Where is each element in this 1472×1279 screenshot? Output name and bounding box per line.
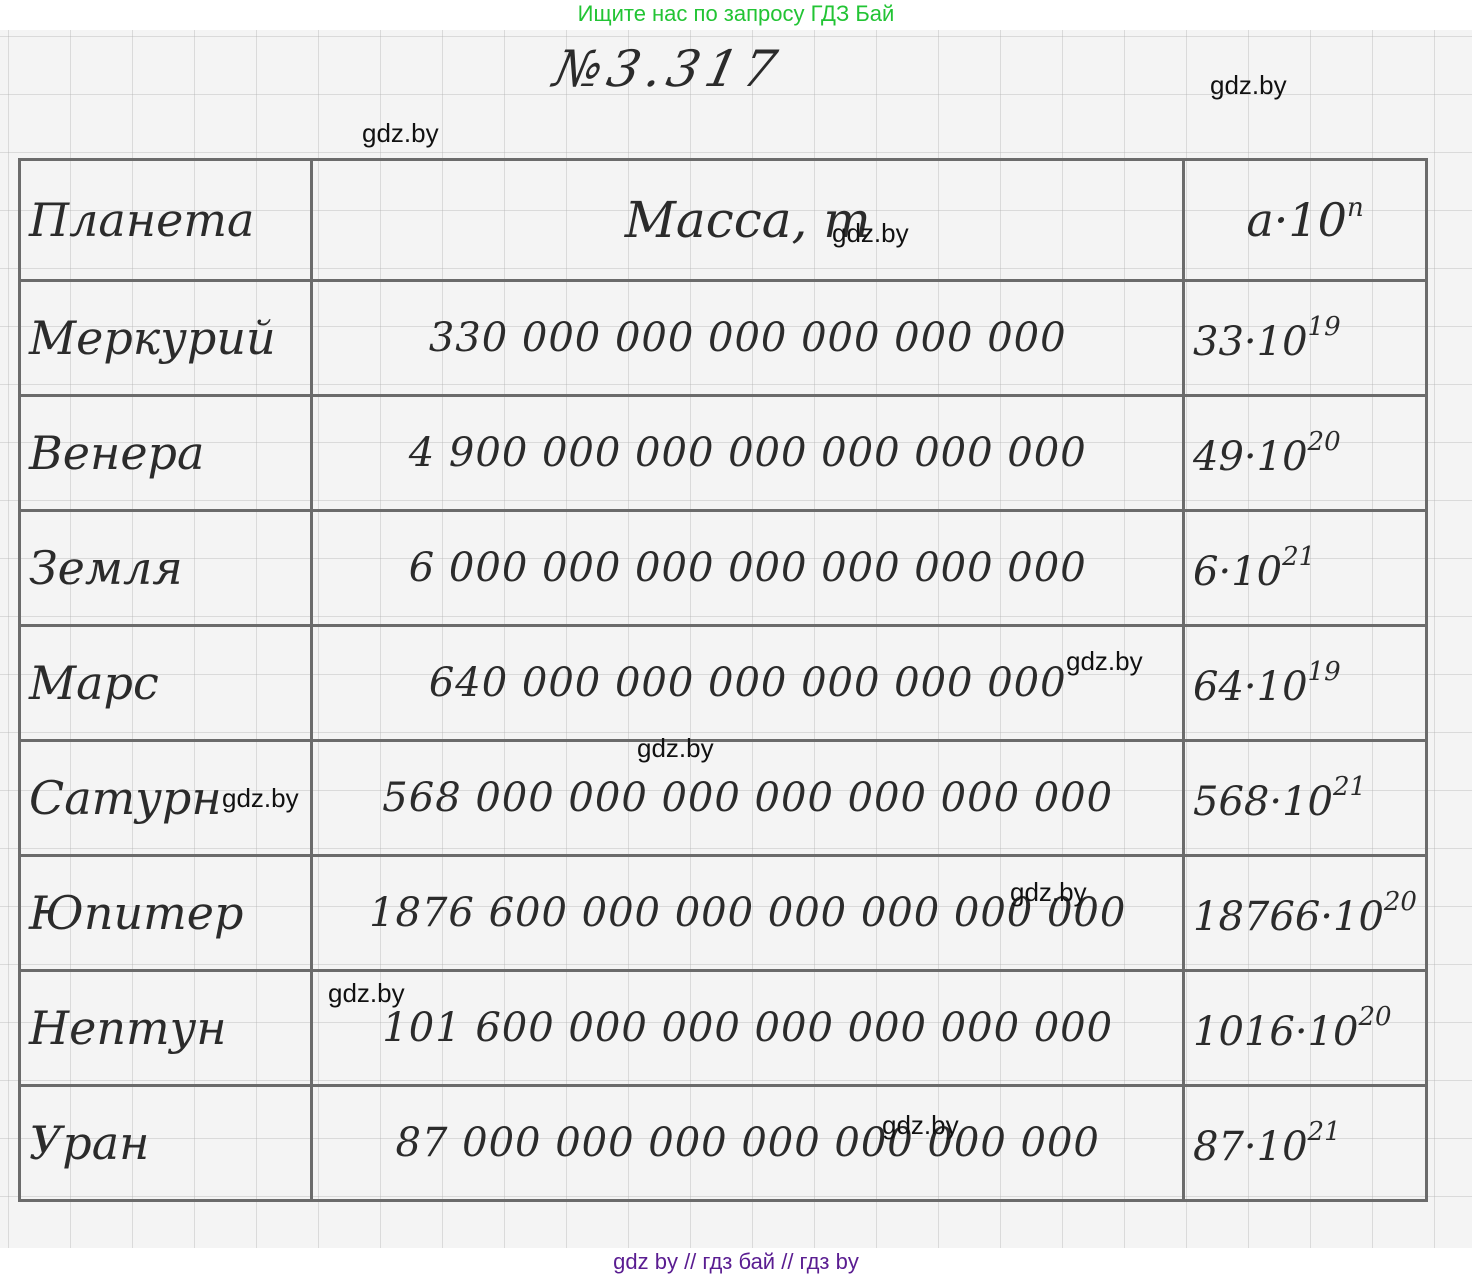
table-row: Земля 6 000 000 000 000 000 000 000 6·10… [20,511,1427,626]
sci-exponent: 19 [1308,657,1341,687]
watermark: gdz.by [832,218,909,249]
planet-mass-scientific: 87·1021 [1184,1086,1427,1201]
table-row: Уран 87 000 000 000 000 000 000 000 87·1… [20,1086,1427,1201]
watermark: gdz.by [328,978,405,1009]
watermark: gdz.by [362,118,439,149]
sci-coefficient: 18766·10 [1193,894,1384,940]
sci-coefficient: 33·10 [1193,319,1308,365]
header-sci-base: a·10 [1246,193,1347,247]
watermark: gdz.by [1010,877,1087,908]
table-row: Юпитер 1876 600 000 000 000 000 000 000 … [20,856,1427,971]
watermark: gdz.by [637,733,714,764]
sci-coefficient: 6·10 [1193,549,1282,595]
planet-name: Меркурий [20,281,312,396]
planet-mass-scientific: 64·1019 [1184,626,1427,741]
planet-mass: 640 000 000 000 000 000 000 [312,626,1184,741]
sci-coefficient: 568·10 [1193,779,1333,825]
planet-mass: 6 000 000 000 000 000 000 000 [312,511,1184,626]
planet-name: Марс [20,626,312,741]
planet-name: Венера [20,396,312,511]
table-row: Марс 640 000 000 000 000 000 000 64·1019 [20,626,1427,741]
sci-exponent: 20 [1384,887,1417,917]
header-mass: Масса, т [312,160,1184,281]
planet-mass: 568 000 000 000 000 000 000 000 [312,741,1184,856]
planet-name: Нептун [20,971,312,1086]
planet-mass: 330 000 000 000 000 000 000 [312,281,1184,396]
planet-mass: 87 000 000 000 000 000 000 000 [312,1086,1184,1201]
sci-coefficient: 87·10 [1193,1124,1308,1170]
planet-name: Юпитер [20,856,312,971]
planet-mass-scientific: 18766·1020 [1184,856,1427,971]
sci-exponent: 20 [1308,427,1341,457]
planet-mass-scientific: 1016·1020 [1184,971,1427,1086]
header-planet: Планета [20,160,312,281]
sci-coefficient: 1016·10 [1193,1009,1358,1055]
planet-mass-scientific: 49·1020 [1184,396,1427,511]
planet-mass-table: Планета Масса, т a·10n Меркурий 330 000 … [18,158,1428,1202]
sci-exponent: 21 [1333,772,1366,802]
sci-exponent: 19 [1308,312,1341,342]
planet-mass: 101 600 000 000 000 000 000 000 [312,971,1184,1086]
sci-coefficient: 49·10 [1193,434,1308,480]
planet-mass-scientific: 6·1021 [1184,511,1427,626]
planet-mass: 1876 600 000 000 000 000 000 000 [312,856,1184,971]
search-hint-banner: Ищите нас по запросу ГДЗ Бай [0,0,1472,30]
table-row: Нептун 101 600 000 000 000 000 000 000 1… [20,971,1427,1086]
watermark: gdz.by [222,783,299,814]
sci-coefficient: 64·10 [1193,664,1308,710]
sci-exponent: 21 [1308,1117,1341,1147]
planet-name: Земля [20,511,312,626]
table-header-row: Планета Масса, т a·10n [20,160,1427,281]
planet-mass: 4 900 000 000 000 000 000 000 [312,396,1184,511]
sci-exponent: 21 [1282,542,1315,572]
table-row: Венера 4 900 000 000 000 000 000 000 49·… [20,396,1427,511]
problem-number: №3.317 [549,40,788,98]
header-sci-exponent: n [1347,193,1364,223]
sci-exponent: 20 [1358,1002,1391,1032]
planet-mass-scientific: 33·1019 [1184,281,1427,396]
watermark: gdz.by [1066,646,1143,677]
planet-name: Уран [20,1086,312,1201]
footer-links-text: gdz by // гдз бай // гдз by [0,1248,1472,1279]
watermark: gdz.by [1210,70,1287,101]
table-row: Меркурий 330 000 000 000 000 000 000 33·… [20,281,1427,396]
planet-mass-scientific: 568·1021 [1184,741,1427,856]
watermark: gdz.by [882,1110,959,1141]
header-scientific-notation: a·10n [1184,160,1427,281]
